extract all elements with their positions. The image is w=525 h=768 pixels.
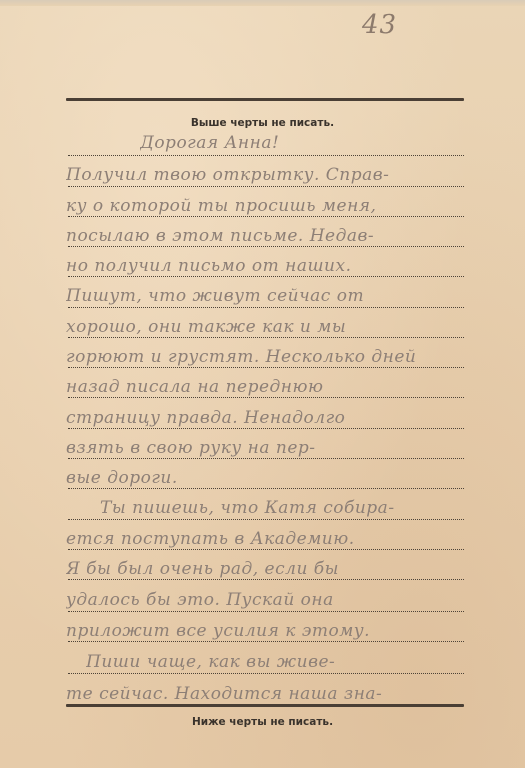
handwritten-line: те сейчас. Находится наша зна- — [66, 684, 525, 704]
letter-page: 43 Выше черты не писать. Дорогая Анна! П… — [0, 0, 525, 768]
writing-rule — [68, 337, 464, 338]
handwritten-line: Дорогая Анна! — [140, 133, 525, 153]
writing-rule — [68, 307, 464, 308]
handwritten-line: удалось бы это. Пускай она — [66, 590, 525, 610]
handwritten-line: Я бы был очень рад, если бы — [66, 559, 525, 579]
writing-rule — [68, 216, 464, 217]
writing-rule — [68, 276, 464, 277]
handwritten-line: Пишут, что живут сейчас от — [66, 286, 525, 306]
writing-rule — [68, 519, 464, 520]
archive-page-number: 43 — [362, 10, 397, 40]
handwritten-line: страницу правда. Ненадолго — [66, 408, 525, 428]
top-printed-rule — [66, 98, 464, 101]
writing-rule — [68, 611, 464, 612]
handwritten-line: но получил письмо от наших. — [66, 256, 525, 276]
writing-rule — [68, 428, 464, 429]
handwritten-line: посылаю в этом письме. Недав- — [66, 226, 525, 246]
bottom-printed-rule — [66, 704, 464, 707]
writing-rule — [68, 246, 464, 247]
writing-rule — [68, 186, 464, 187]
handwritten-line: вые дороги. — [66, 468, 525, 488]
handwritten-line: Ты пишешь, что Катя собира- — [100, 498, 525, 518]
writing-rule — [68, 673, 464, 674]
writing-rule — [68, 641, 464, 642]
header-notice: Выше черты не писать. — [0, 117, 525, 129]
handwritten-line: горюют и грустят. Несколько дней — [66, 347, 525, 367]
writing-rule — [68, 458, 464, 459]
handwritten-line: назад писала на переднюю — [66, 377, 525, 397]
footer-notice: Ниже черты не писать. — [0, 716, 525, 728]
handwritten-line: Пиши чаще, как вы живе- — [86, 652, 525, 672]
writing-rule — [68, 579, 464, 580]
handwritten-line: взять в свою руку на пер- — [66, 438, 525, 458]
writing-rule — [68, 488, 464, 489]
writing-rule — [68, 549, 464, 550]
handwritten-line: приложит все усилия к этому. — [66, 621, 525, 641]
handwritten-line: Получил твою открытку. Справ- — [66, 165, 525, 185]
handwritten-line: хорошо, они также как и мы — [66, 317, 525, 337]
handwritten-line: ку о которой ты просишь меня, — [66, 196, 525, 216]
scan-top-edge — [0, 0, 525, 6]
handwritten-line: ется поступать в Академию. — [66, 529, 525, 549]
writing-rule — [68, 367, 464, 368]
writing-rule — [68, 155, 464, 156]
writing-rule — [68, 397, 464, 398]
